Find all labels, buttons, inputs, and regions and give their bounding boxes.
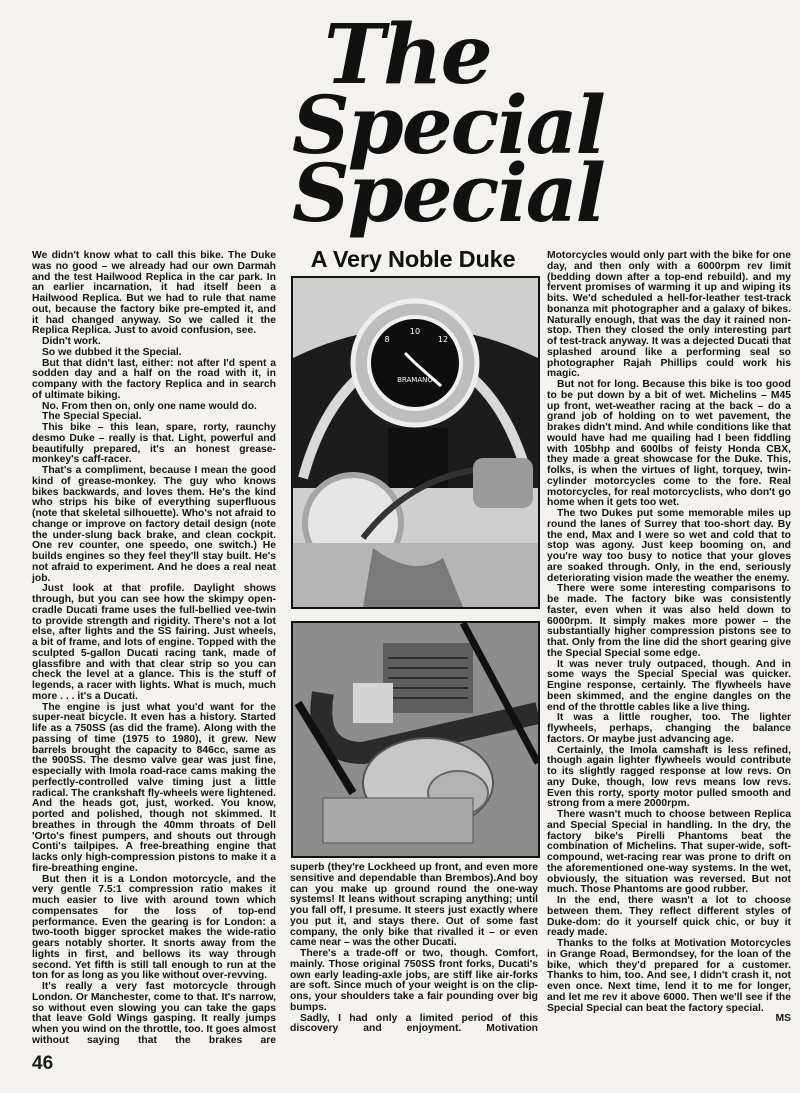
- title-line-3: Special: [292, 159, 552, 228]
- byline: MS: [547, 1014, 791, 1025]
- paragraph: Thanks to the folks at Motivation Motorc…: [547, 939, 791, 1014]
- paragraph: The two Dukes put some memorable miles u…: [547, 509, 791, 584]
- text-column-2: superb (they're Lockheed up front, and e…: [290, 863, 538, 1035]
- cockpit-photo: BRAMANO 10 12 8: [291, 276, 540, 609]
- paragraph: There wasn't much to choose between Repl…: [547, 810, 791, 896]
- paragraph: The engine is just what you'd want for t…: [32, 703, 276, 875]
- cockpit-photo-illustration: BRAMANO 10 12 8: [293, 278, 538, 607]
- text-column-3: Motorcycles would only part with the bik…: [547, 251, 791, 1025]
- paragraph: There were some interesting comparisons …: [547, 584, 791, 659]
- svg-text:BRAMANO: BRAMANO: [397, 376, 433, 384]
- paragraph: But then it is a London motorcycle, and …: [32, 875, 276, 983]
- paragraph: That's a compliment, because I mean the …: [32, 466, 276, 584]
- paragraph: There's a trade-off or two, though. Comf…: [290, 949, 538, 1014]
- svg-text:12: 12: [438, 335, 448, 344]
- article-title: The Special Special: [292, 20, 552, 228]
- paragraph: Certainly, the Imola camshaft is less re…: [547, 746, 791, 811]
- magazine-page: The Special Special A Very Noble Duke We…: [0, 0, 800, 1093]
- paragraph: So we dubbed it the Special.: [32, 348, 276, 359]
- paragraph: We didn't know what to call this bike. T…: [32, 251, 276, 337]
- paragraph: Sadly, I had only a limited period of th…: [290, 1014, 538, 1036]
- paragraph: Motorcycles would only part with the bik…: [547, 251, 791, 380]
- paragraph: Just look at that profile. Daylight show…: [32, 584, 276, 702]
- svg-text:8: 8: [384, 335, 389, 344]
- paragraph: In the end, there wasn't a lot to choose…: [547, 896, 791, 939]
- article-subtitle: A Very Noble Duke: [288, 246, 538, 273]
- paragraph: superb (they're Lockheed up front, and e…: [290, 863, 538, 949]
- paragraph: It was never truly outpaced, though. And…: [547, 660, 791, 714]
- paragraph: It's really a very fast motorcycle throu…: [32, 982, 276, 1047]
- engine-photo: [291, 621, 540, 858]
- paragraph: But not for long. Because this bike is t…: [547, 380, 791, 509]
- paragraph: This bike – this lean, spare, rorty, rau…: [32, 423, 276, 466]
- text-column-1: We didn't know what to call this bike. T…: [32, 251, 276, 1047]
- paragraph: It was a little rougher, too. The lighte…: [547, 713, 791, 745]
- engine-photo-illustration: [293, 623, 538, 856]
- paragraph: But that didn't last, either: not after …: [32, 359, 276, 402]
- page-number: 46: [32, 1053, 53, 1075]
- svg-text:10: 10: [410, 327, 420, 336]
